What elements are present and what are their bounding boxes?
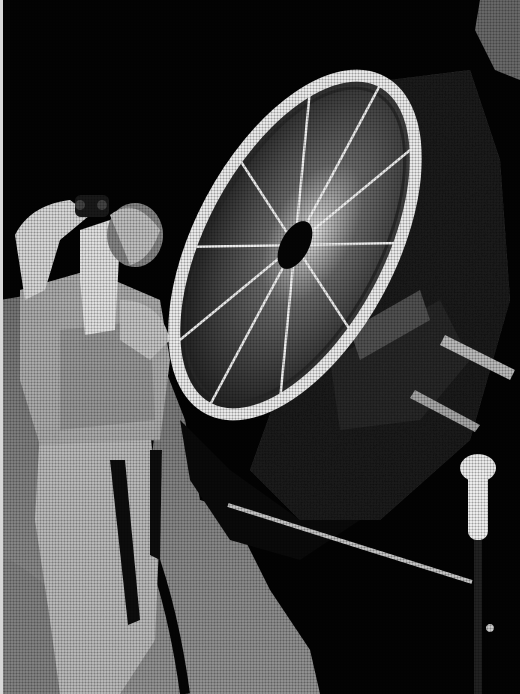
photograph [0,0,520,694]
binoculars [75,195,109,217]
photo-illustration [0,0,520,694]
photo-edge [0,0,3,694]
